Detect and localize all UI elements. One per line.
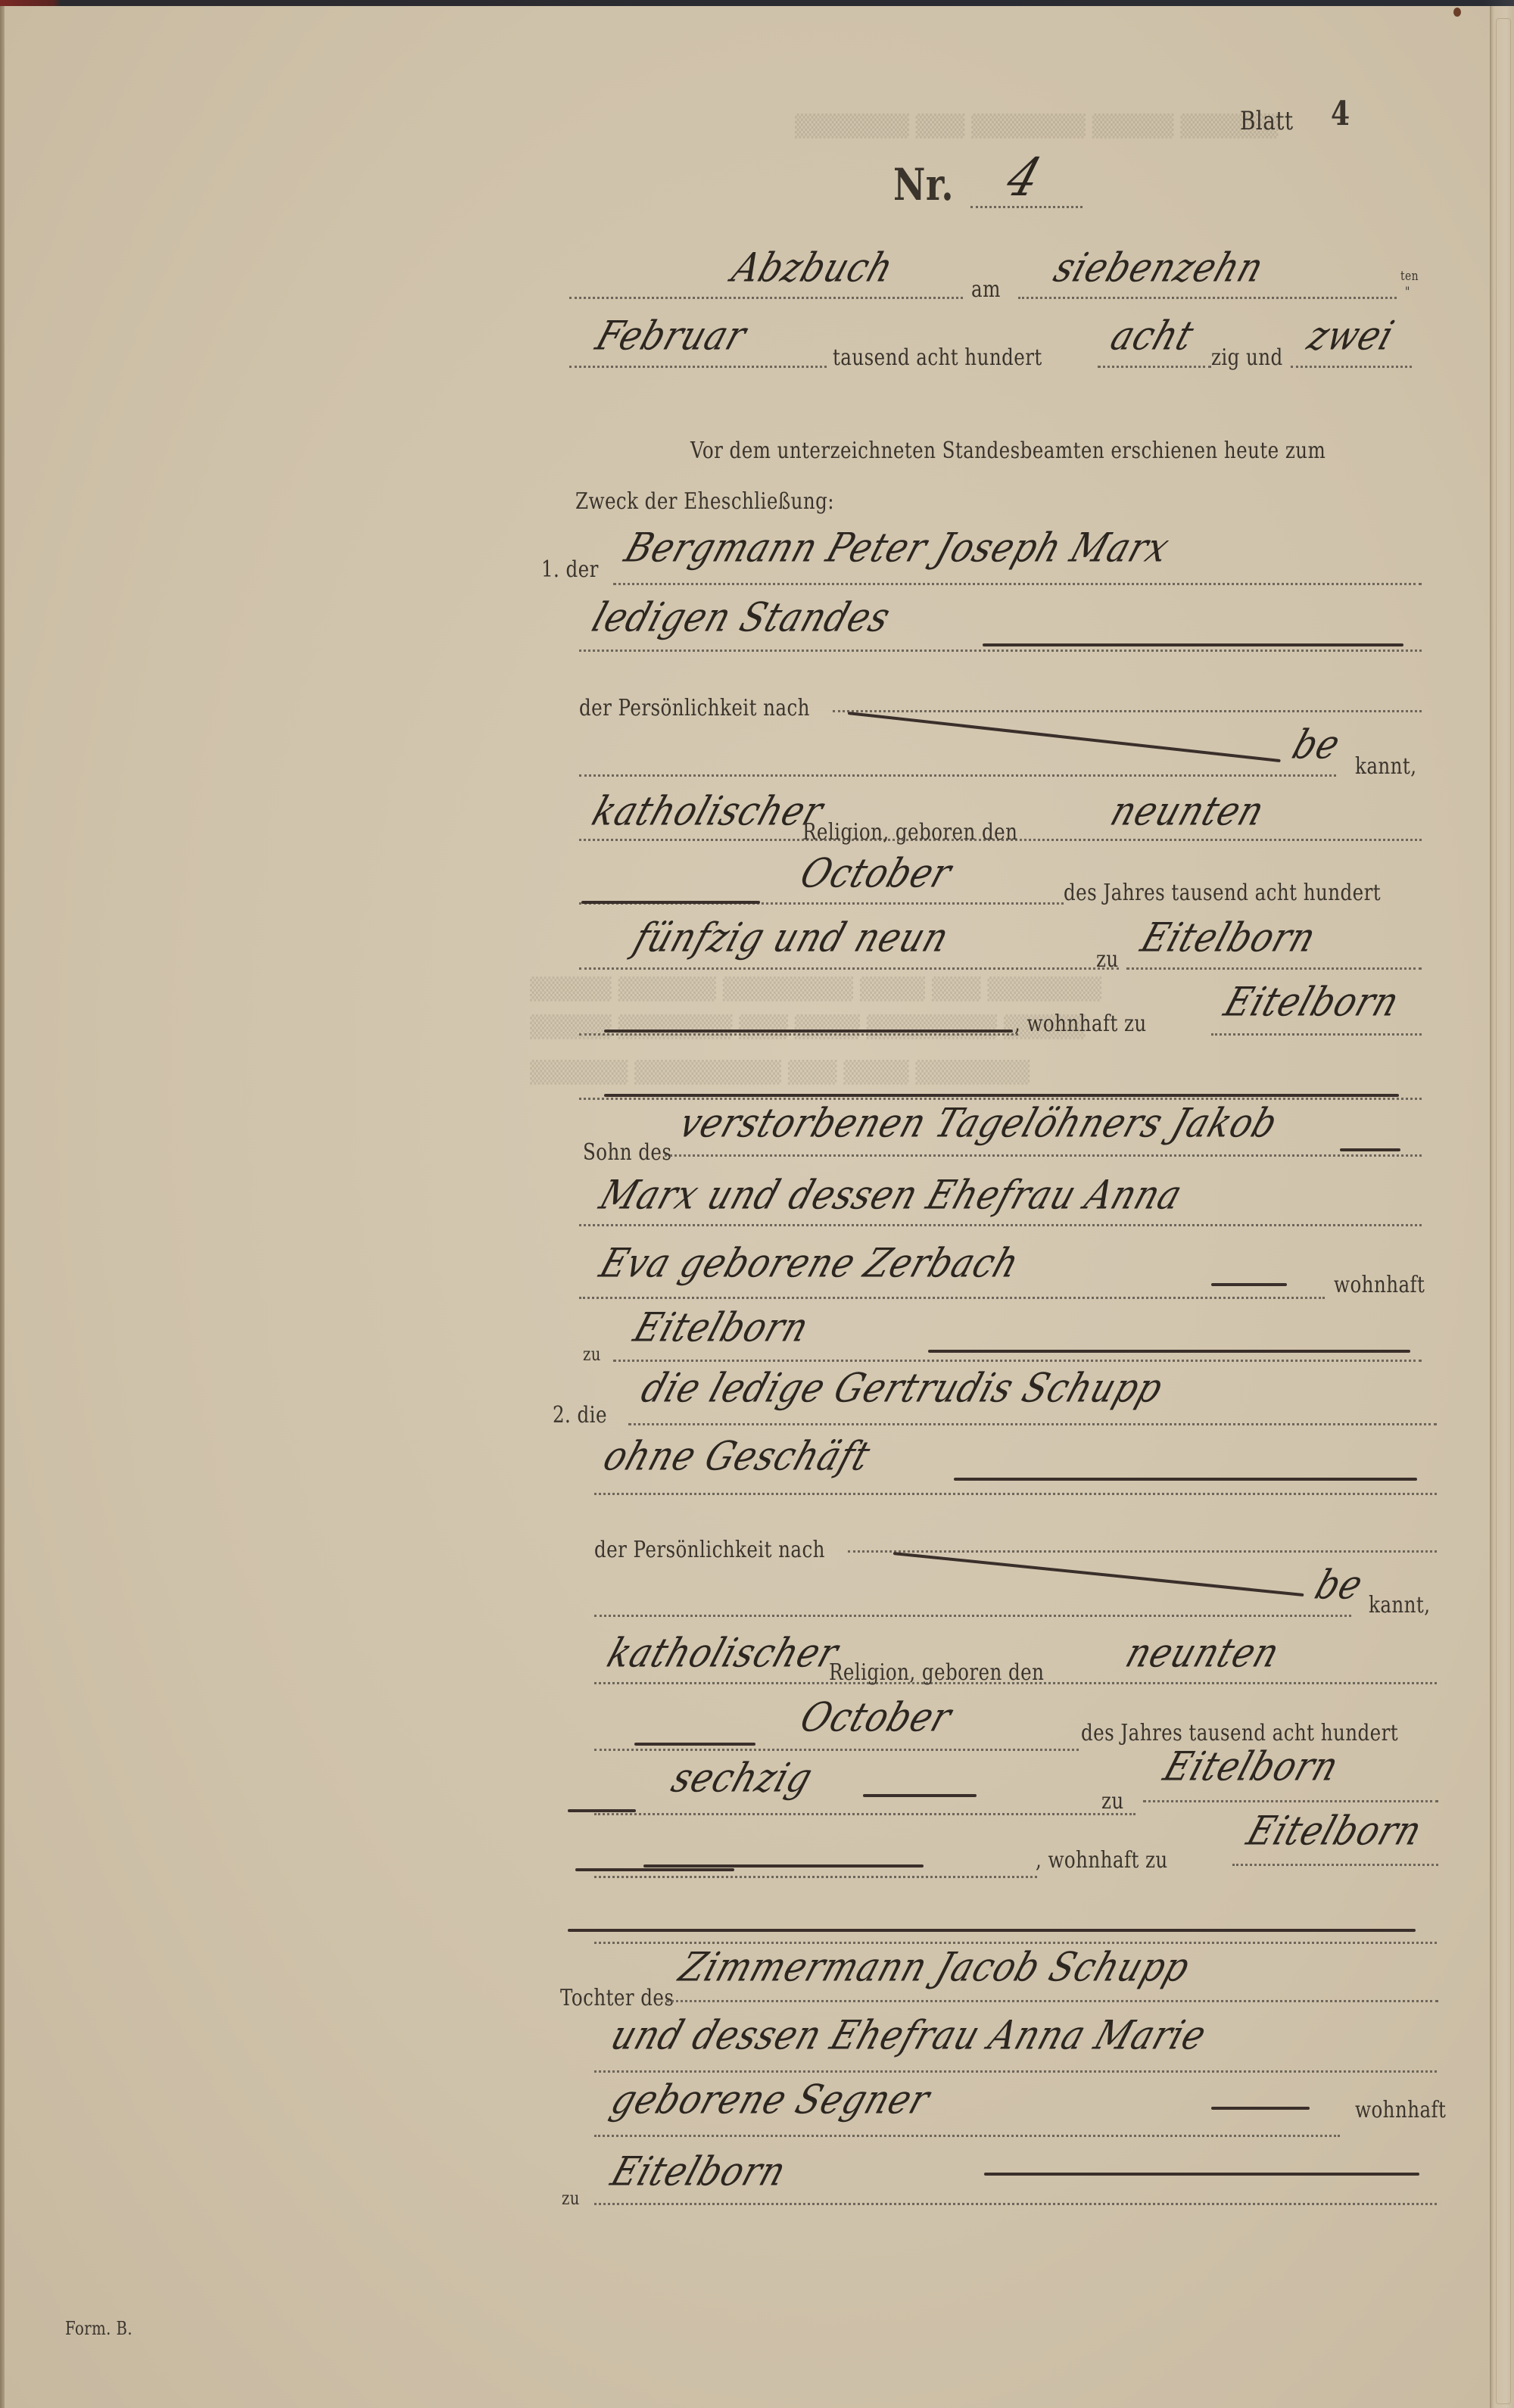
groom-residence-label: , wohnhaft zu (1014, 1011, 1147, 1037)
adjacent-page-edge (1490, 6, 1514, 2408)
bride-birth-month: October (795, 1693, 958, 1740)
year-unit-value: zwei (1302, 312, 1400, 359)
am-label: am (971, 276, 1001, 303)
bleed-through-text: ▒▒▒▒▒▒ ▒▒▒▒▒ ▒▒▒▒▒▒▒ ▒▒▒ ▒▒▒▒▒▒▒ (795, 114, 1279, 139)
place-value: Abzbuch (727, 244, 900, 291)
groom-year-label: des Jahres tausend acht hundert (1064, 880, 1381, 906)
groom-parents-residence-value: Eitelborn (628, 1304, 815, 1350)
bride-parents-residence-label: wohnhaft (1355, 2097, 1446, 2123)
bride-name-2: ohne Geschäft (598, 1432, 877, 1479)
ink-stain (1453, 8, 1461, 17)
fill-stroke (643, 1864, 924, 1868)
fill-stroke (863, 1794, 977, 1797)
fill-stroke (1340, 1148, 1400, 1151)
day-value: siebenzehn (1048, 244, 1270, 291)
bride-born-at-value: Eitelborn (1158, 1743, 1345, 1790)
bride-parents-3: geborene Segner (606, 2076, 936, 2123)
groom-name-1: Bergmann Peter Joseph Marx (619, 524, 1176, 571)
groom-parents-residence-label: wohnhaft (1334, 1272, 1425, 1298)
groom-parents-line-1 (665, 1154, 1422, 1157)
groom-parents-zu: zu (583, 1344, 601, 1365)
year-printed-1: tausend acht hundert (833, 344, 1042, 371)
fill-stroke (604, 1030, 1013, 1033)
blatt-number: 4 (1331, 95, 1350, 133)
place-field-line (569, 297, 963, 299)
fill-stroke (604, 1094, 1399, 1097)
groom-year-line (579, 967, 1119, 970)
groom-birth-year: fünfzig und neun (628, 914, 955, 961)
intro-line-2: Zweck der Eheschließung: (575, 488, 834, 515)
fill-stroke (1211, 2107, 1310, 2110)
fill-stroke (568, 1929, 1416, 1932)
bride-born-at-line (1143, 1800, 1438, 1802)
year-printed-2: zig und (1211, 344, 1283, 371)
groom-born-at-line (1126, 967, 1422, 970)
bride-identity-line-2 (594, 1615, 1351, 1617)
intro-line-1: Vor dem unterzeichneten Standesbeamten e… (690, 438, 1326, 464)
bride-parents-1: Zimmermann Jacob Schupp (674, 1943, 1196, 1990)
year-decade-value: acht (1105, 312, 1200, 359)
bride-month-line (594, 1749, 1079, 1751)
bride-residence-pre-line (594, 1876, 1037, 1878)
bleed-through-text: ▒▒▒▒▒▒▒ ▒▒▒▒ ▒▒▒ ▒▒▒▒▒▒▒▒▒ ▒▒▒▒▒▒ (530, 1060, 1030, 1085)
fill-stroke (568, 1809, 636, 1812)
groom-name-line-2 (579, 650, 1422, 652)
bride-identity-suffix: kannt, (1369, 1592, 1430, 1618)
form-label: Form. B. (65, 2318, 132, 2339)
bride-parents-2: und dessen Ehefrau Anna Marie (606, 2011, 1213, 2058)
month-value: Februar (590, 312, 752, 359)
fill-stroke (581, 901, 760, 904)
groom-identity-line (833, 710, 1422, 712)
bleed-through-text: ▒▒▒▒▒ ▒▒▒▒▒▒▒▒ ▒▒▒▒ ▒▒▒ ▒▒▒▒▒▒▒ ▒▒▒▒▒ (530, 1014, 1086, 1039)
groom-residence-value: Eitelborn (1219, 978, 1406, 1025)
groom-religion-label: Religion, geboren den (802, 819, 1017, 846)
groom-parents-label: Sohn des (583, 1139, 671, 1166)
bride-parents-residence-value: Eitelborn (606, 2148, 793, 2195)
groom-born-at-label: zu (1096, 946, 1119, 973)
groom-identity-line-2 (579, 774, 1336, 777)
groom-identity-label: der Persönlichkeit nach (579, 695, 810, 721)
fill-stroke (634, 1743, 755, 1746)
bride-parents-label: Tochter des (560, 1985, 674, 2011)
bride-parents-zu: zu (562, 2188, 580, 2209)
groom-name-line-1 (613, 583, 1422, 585)
bride-identity-line (848, 1550, 1437, 1553)
month-field-line (569, 366, 827, 368)
nr-label: Nr. (893, 159, 954, 210)
bleed-through-text: ▒▒▒▒▒▒▒ ▒▒▒ ▒▒▒▒ ▒▒▒▒▒▒▒▒ ▒▒▒▒▒▒ ▒▒▒▒▒ (530, 977, 1101, 1002)
groom-residence-pre-line (579, 1033, 1018, 1036)
bride-year-line (594, 1813, 1135, 1815)
fill-stroke (984, 2173, 1419, 2176)
groom-parents-1: verstorbenen Tagelöhners Jakob (674, 1099, 1284, 1146)
groom-born-at-value: Eitelborn (1135, 914, 1322, 961)
groom-parents-line-3 (579, 1297, 1325, 1299)
groom-residence-line (1211, 1033, 1422, 1036)
groom-birth-day: neunten (1105, 787, 1271, 834)
bride-parents-line-2 (594, 2070, 1437, 2073)
bride-born-at-label: zu (1101, 1788, 1124, 1815)
groom-parents-residence-line (613, 1360, 1422, 1362)
bride-number-label: 2. die (553, 1402, 607, 1428)
book-binding-top (0, 0, 1514, 6)
day-suffix: ten (1400, 269, 1419, 284)
day-field-line (1018, 297, 1397, 299)
bride-parents-line-1 (666, 2000, 1438, 2002)
bride-residence-line (1232, 1864, 1438, 1866)
groom-parents-3: Eva geborene Zerbach (594, 1239, 1026, 1286)
bride-name-line-1 (628, 1423, 1437, 1425)
unit-field-line (1291, 366, 1412, 368)
groom-birth-month: October (795, 849, 958, 896)
fill-stroke (1211, 1283, 1287, 1286)
bride-birth-year: sechzig (666, 1754, 819, 1801)
groom-identity-suffix: kannt, (1355, 753, 1416, 780)
ditto-mark: " (1405, 285, 1410, 300)
groom-parents-2: Marx und dessen Ehefrau Anna (594, 1171, 1188, 1218)
bride-residence-value: Eitelborn (1241, 1807, 1428, 1854)
fill-stroke (983, 643, 1403, 646)
fill-stroke (575, 1868, 734, 1871)
bride-parents-line-3 (594, 2135, 1340, 2137)
bride-religion-label: Religion, geboren den (829, 1659, 1044, 1686)
blatt-label: Blatt (1240, 106, 1293, 136)
fill-stroke (928, 1350, 1410, 1353)
bride-residence-label: , wohnhaft zu (1036, 1847, 1168, 1874)
bride-name-1: die ledige Gertrudis Schupp (636, 1364, 1169, 1411)
bride-religion-value: katholischer (602, 1629, 845, 1676)
decade-field-line (1098, 366, 1211, 368)
bride-parents-residence-line (594, 2203, 1437, 2205)
fill-stroke (954, 1478, 1417, 1481)
groom-name-2: ledigen Standes (587, 593, 897, 640)
bride-name-line-2 (594, 1493, 1437, 1495)
groom-parents-line-2 (579, 1224, 1422, 1226)
groom-number-label: 1. der (541, 556, 599, 583)
groom-religion-value: katholischer (587, 787, 830, 834)
bride-birth-day: neunten (1120, 1629, 1286, 1676)
bride-identity-label: der Persönlichkeit nach (594, 1537, 825, 1563)
